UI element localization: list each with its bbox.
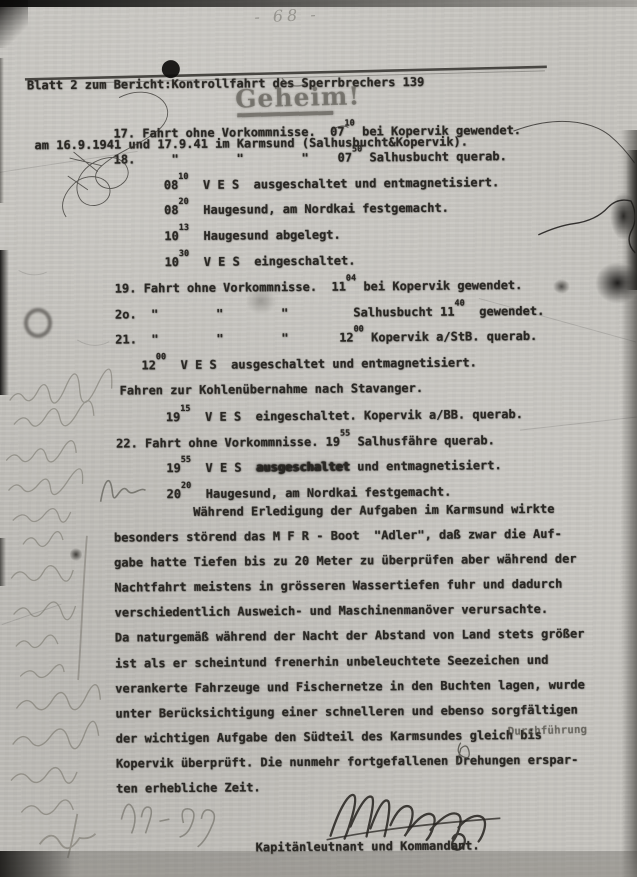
- time-superscript: 13: [179, 223, 189, 233]
- document-content: - 68 - Blatt 2 zum Bericht:Kontrollfahrt…: [0, 0, 637, 877]
- time-superscript: 40: [454, 298, 464, 308]
- log-text: 10: [164, 255, 179, 269]
- log-text: und entmagnetisiert.: [350, 459, 502, 474]
- time-superscript: 04: [346, 273, 356, 283]
- log-entries: 17. Fahrt ohne Vorkommnisse. 0710 bei Ko…: [113, 122, 546, 513]
- log-text: 19. Fahrt ohne Vorkommnisse. 11: [115, 279, 346, 295]
- log-text: Fahren zur Kohlenübernahme nach Stavange…: [120, 381, 424, 398]
- log-text: 19: [166, 410, 181, 424]
- log-text: 22. Fahrt ohne Vorkommnisse. 19: [116, 434, 340, 450]
- log-text: 17. Fahrt ohne Vorkommnisse. 07: [113, 125, 344, 141]
- pencil-mark-fll-off: [121, 804, 214, 848]
- time-superscript: 10: [344, 119, 354, 129]
- signature-caption: Kapitänleutnant und Kommandant.: [256, 838, 480, 854]
- log-text: 12: [141, 358, 156, 372]
- log-text: V E S ausgeschaltet und entmagnetisiert.: [188, 175, 499, 192]
- log-text: Haugesund, am Nordkai festgemacht.: [189, 201, 449, 217]
- log-text: Haugesund, am Nordkai festgemacht.: [191, 485, 451, 501]
- log-text: Haugesund abgelegt.: [189, 228, 341, 243]
- log-line: 17. Fahrt ohne Vorkommnisse. 0710 bei Ko…: [113, 122, 543, 152]
- log-text: gewendet.: [465, 303, 545, 318]
- log-text: V E S eingeschaltet.: [189, 253, 355, 268]
- log-text: V E S ausgeschaltet und entmagnetisiert.: [166, 356, 477, 373]
- log-text: bei Kopervik gewendet.: [356, 278, 522, 293]
- paragraph-line: ten erhebliche Zeit.: [116, 778, 586, 807]
- log-text: ausgeschaltet: [256, 460, 350, 475]
- log-text: bei Kopervik gewendet.: [355, 123, 521, 138]
- log-line: 1955 V E S ausgeschaltet und entmagnetis…: [166, 457, 546, 486]
- log-line: 2o. " " " Salhusbucht 1140 gewendet.: [115, 302, 545, 332]
- log-text: 08: [164, 203, 179, 217]
- log-text: 19: [166, 461, 181, 475]
- log-line: 21. " " " 1200 Kopervik a/StB. querab.: [115, 328, 545, 358]
- log-line: 1013 Haugesund abgelegt.: [164, 225, 544, 254]
- log-text: Kopervik a/StB. querab.: [364, 329, 538, 345]
- log-line: 0820 Haugesund, am Nordkai festgemacht.: [164, 199, 544, 228]
- log-text: 2o. " " " Salhusbucht 11: [115, 304, 455, 321]
- geheim-stamp-text: Geheim!: [235, 81, 361, 113]
- pencil-note-block-b: [11, 531, 88, 680]
- log-line: 19. Fahrt ohne Vorkommnisse. 1104 bei Ko…: [115, 277, 545, 307]
- typed-insertion-durchfuehrung: Durchführung: [507, 723, 587, 738]
- log-line: 0810 V E S ausgeschaltet und entmagnetis…: [164, 173, 544, 202]
- log-text: 10: [164, 229, 179, 243]
- log-text: V E S eingeschaltet. Kopervik a/BB. quer…: [191, 407, 523, 424]
- time-superscript: 00: [156, 352, 166, 362]
- pencil-note-block-c: [10, 685, 102, 859]
- time-superscript: 15: [180, 404, 190, 414]
- time-superscript: 55: [340, 428, 350, 438]
- thread-crease-mid-right: [538, 200, 635, 254]
- scanned-document-page: - 68 - Blatt 2 zum Bericht:Kontrollfahrt…: [0, 0, 637, 877]
- log-text: V E S: [191, 461, 256, 476]
- log-text: 08: [164, 178, 179, 192]
- time-superscript: 20: [181, 481, 191, 491]
- log-text: 21. " " " 12: [115, 331, 354, 347]
- log-text: Salhusfähre querab.: [350, 433, 495, 448]
- log-text: Salhusbucht querab.: [362, 149, 507, 164]
- time-superscript: 50: [352, 144, 362, 154]
- time-superscript: 55: [181, 455, 191, 465]
- pencil-page-number: - 68 -: [254, 5, 320, 27]
- time-superscript: 30: [179, 249, 189, 259]
- log-text: 18. " " " 07: [114, 150, 353, 166]
- log-line: 1200 V E S ausgeschaltet und entmagnetis…: [141, 354, 545, 383]
- report-paragraph: Während Erledigung der Aufgaben im Karms…: [114, 502, 586, 807]
- geheim-stamp: Geheim!: [235, 81, 361, 113]
- time-superscript: 00: [354, 325, 364, 335]
- log-line: 1915 V E S eingeschaltet. Kopervik a/BB.…: [166, 406, 546, 435]
- log-text: 20: [166, 487, 181, 501]
- time-superscript: 20: [178, 197, 188, 207]
- time-superscript: 10: [178, 172, 188, 182]
- pencil-note-block-a: [5, 369, 113, 523]
